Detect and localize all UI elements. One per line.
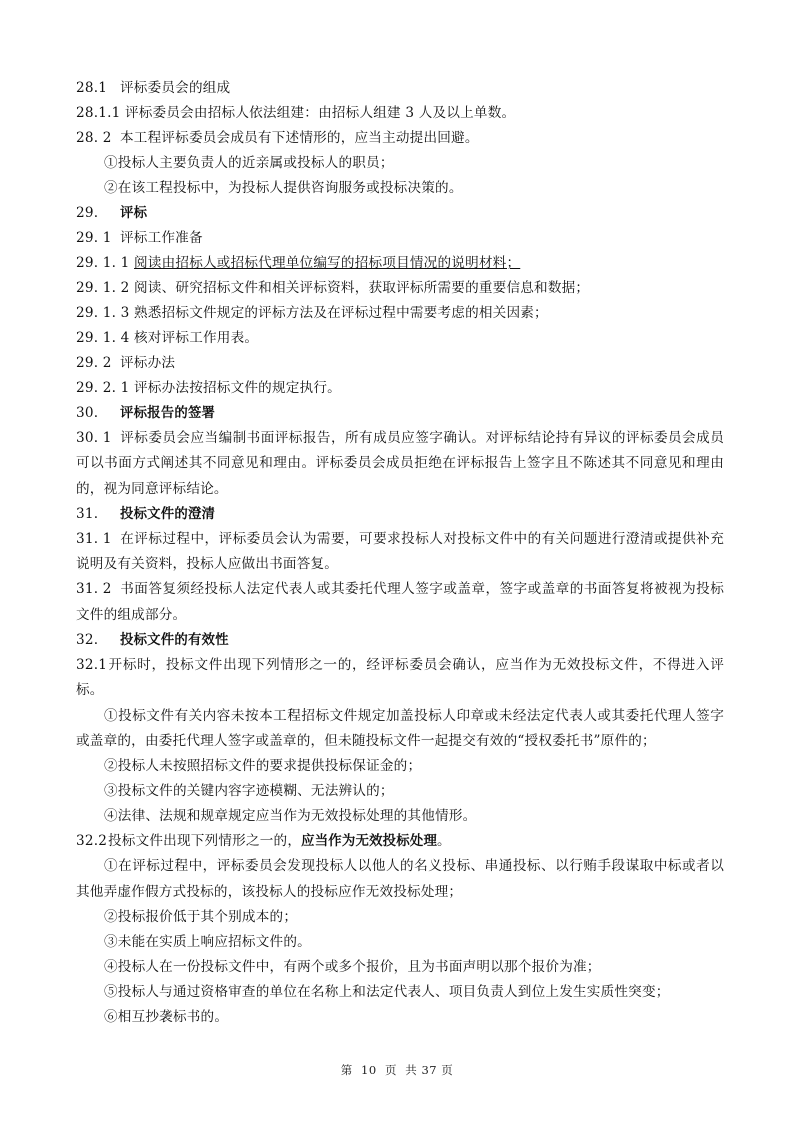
section-number: 29. 1 <box>76 226 120 251</box>
section-text: 开标时，投标文件出现下列情形之一的，经评标委员会确认，应当作为无效投标文件，不得… <box>76 657 724 698</box>
section-text: 投标文件出现下列情形之一的， <box>108 833 301 849</box>
list-item: ②投标人未按照招标文件的要求提供投标保证金的； <box>76 754 724 779</box>
list-item: ④投标人在一份投标文件中，有两个或多个报价，且为书面声明以那个报价为准； <box>76 955 724 980</box>
section-28-2: 28. 2本工程评标委员会成员有下述情形的，应当主动提出回避。 <box>76 126 724 151</box>
section-number: 29. 2 <box>76 351 120 376</box>
section-text: 评标委员会应当编制书面评标报告，所有成员应签字确认。对评标结论持有异议的评标委员… <box>76 430 724 497</box>
section-text-bold: 应当作为无效投标处理 <box>301 834 437 849</box>
section-29-1-3: 29. 1. 3 熟悉招标文件规定的评标方法及在评标过程中需要考虑的相关因素； <box>76 301 724 326</box>
section-title: 评标委员会的组成 <box>120 80 230 96</box>
list-item: ①投标人主要负责人的近亲属或投标人的职员； <box>76 151 724 176</box>
section-heading: 评标 <box>120 206 147 221</box>
section-29-1-1: 29. 1. 1 阅读由招标人或招标代理单位编写的招标项目情况的说明材料； <box>76 251 724 276</box>
section-32-heading: 32.投标文件的有效性 <box>76 628 724 653</box>
section-heading: 投标文件的有效性 <box>120 633 229 648</box>
section-28-1-1: 28.1.1 评标委员会由招标人依法组建：由招标人组建 3 人及以上单数。 <box>76 101 724 126</box>
section-text: 阅读、研究招标文件和相关评标资料，获取评标所需要的重要信息和数据； <box>134 280 589 296</box>
section-number: 31. 2 <box>76 577 120 602</box>
list-item: ④法律、法规和规章规定应当作为无效投标处理的其他情形。 <box>76 804 724 829</box>
section-text-underlined: 阅读由招标人或招标代理单位编写的招标项目情况的说明材料； <box>134 255 520 271</box>
section-text: 书面答复须经投标人法定代表人或其委托代理人签字或盖章，签字或盖章的书面答复将被视… <box>76 581 724 622</box>
section-title: 评标办法 <box>120 355 175 371</box>
section-heading: 投标文件的澄清 <box>120 507 215 522</box>
section-text: 熟悉招标文件规定的评标方法及在评标过程中需要考虑的相关因素； <box>134 305 548 321</box>
page-number: 第 10 页 共 37 页 <box>341 1063 454 1077</box>
section-text: 本工程评标委员会成员有下述情形的，应当主动提出回避。 <box>120 130 479 146</box>
section-number: 32. <box>76 628 120 653</box>
section-29-1-2: 29. 1. 2 阅读、研究招标文件和相关评标资料，获取评标所需要的重要信息和数… <box>76 276 724 301</box>
section-28-1: 28.1评标委员会的组成 <box>76 76 724 101</box>
section-number: 28. 2 <box>76 126 120 151</box>
section-29-2-1: 29. 2. 1 评标办法按招标文件的规定执行。 <box>76 376 724 401</box>
section-text-tail: 。 <box>437 833 451 849</box>
section-number: 30. <box>76 401 120 426</box>
list-item: ②在该工程投标中，为投标人提供咨询服务或投标决策的。 <box>76 176 724 201</box>
section-number: 29. 2. 1 <box>76 380 129 396</box>
section-number: 29. 1. 1 <box>76 255 129 271</box>
list-item: ⑤投标人与通过资格审查的单位在名称上和法定代表人、项目负责人到位上发生实质性突变… <box>76 980 724 1005</box>
list-item: ①在评标过程中，评标委员会发现投标人以他人的名义投标、串通投标、以行贿手段谋取中… <box>76 854 724 905</box>
section-31-heading: 31.投标文件的澄清 <box>76 502 724 527</box>
section-29-2: 29. 2评标办法 <box>76 351 724 376</box>
section-number: 29. 1. 3 <box>76 305 129 321</box>
section-number: 31. <box>76 502 120 527</box>
document-page: 28.1评标委员会的组成 28.1.1 评标委员会由招标人依法组建：由招标人组建… <box>76 76 724 1030</box>
list-item: ②投标报价低于其个别成本的； <box>76 905 724 930</box>
section-29-heading: 29.评标 <box>76 201 724 226</box>
section-number: 30. 1 <box>76 426 120 451</box>
section-text: 在评标过程中，评标委员会认为需要，可要求投标人对投标文件中的有关问题进行澄清或提… <box>76 531 724 572</box>
section-32-2: 32.2投标文件出现下列情形之一的，应当作为无效投标处理。 <box>76 829 724 854</box>
section-number: 29. 1. 4 <box>76 330 129 346</box>
section-number: 31. 1 <box>76 527 120 552</box>
section-heading: 评标报告的签署 <box>120 406 215 421</box>
section-number: 29. <box>76 201 120 226</box>
section-31-1: 31. 1在评标过程中，评标委员会认为需要，可要求投标人对投标文件中的有关问题进… <box>76 527 724 578</box>
section-30-1: 30. 1评标委员会应当编制书面评标报告，所有成员应签字确认。对评标结论持有异议… <box>76 426 724 502</box>
section-number: 32.1 <box>76 653 108 678</box>
list-item: ①投标文件有关内容未按本工程招标文件规定加盖投标人印章或未经法定代表人或其委托代… <box>76 704 724 755</box>
section-text: 核对评标工作用表。 <box>134 330 258 346</box>
section-number: 32.2 <box>76 829 108 854</box>
section-title: 评标工作准备 <box>120 230 203 246</box>
section-text: 评标办法按招标文件的规定执行。 <box>134 380 341 396</box>
section-31-2: 31. 2书面答复须经投标人法定代表人或其委托代理人签字或盖章，签字或盖章的书面… <box>76 577 724 628</box>
section-29-1: 29. 1评标工作准备 <box>76 226 724 251</box>
list-item: ③投标文件的关键内容字迹模糊、无法辨认的； <box>76 779 724 804</box>
section-number: 29. 1. 2 <box>76 280 129 296</box>
section-30-heading: 30.评标报告的签署 <box>76 401 724 426</box>
section-32-1: 32.1开标时，投标文件出现下列情形之一的，经评标委员会确认，应当作为无效投标文… <box>76 653 724 704</box>
list-item: ③未能在实质上响应招标文件的。 <box>76 930 724 955</box>
page-footer: 第 10 页 共 37 页 <box>0 1062 794 1078</box>
section-29-1-4: 29. 1. 4 核对评标工作用表。 <box>76 326 724 351</box>
section-text: 评标委员会由招标人依法组建：由招标人组建 3 人及以上单数。 <box>125 105 515 121</box>
section-number: 28.1 <box>76 76 120 101</box>
list-item: ⑥相互抄袭标书的。 <box>76 1005 724 1030</box>
section-number: 28.1.1 <box>76 105 120 121</box>
